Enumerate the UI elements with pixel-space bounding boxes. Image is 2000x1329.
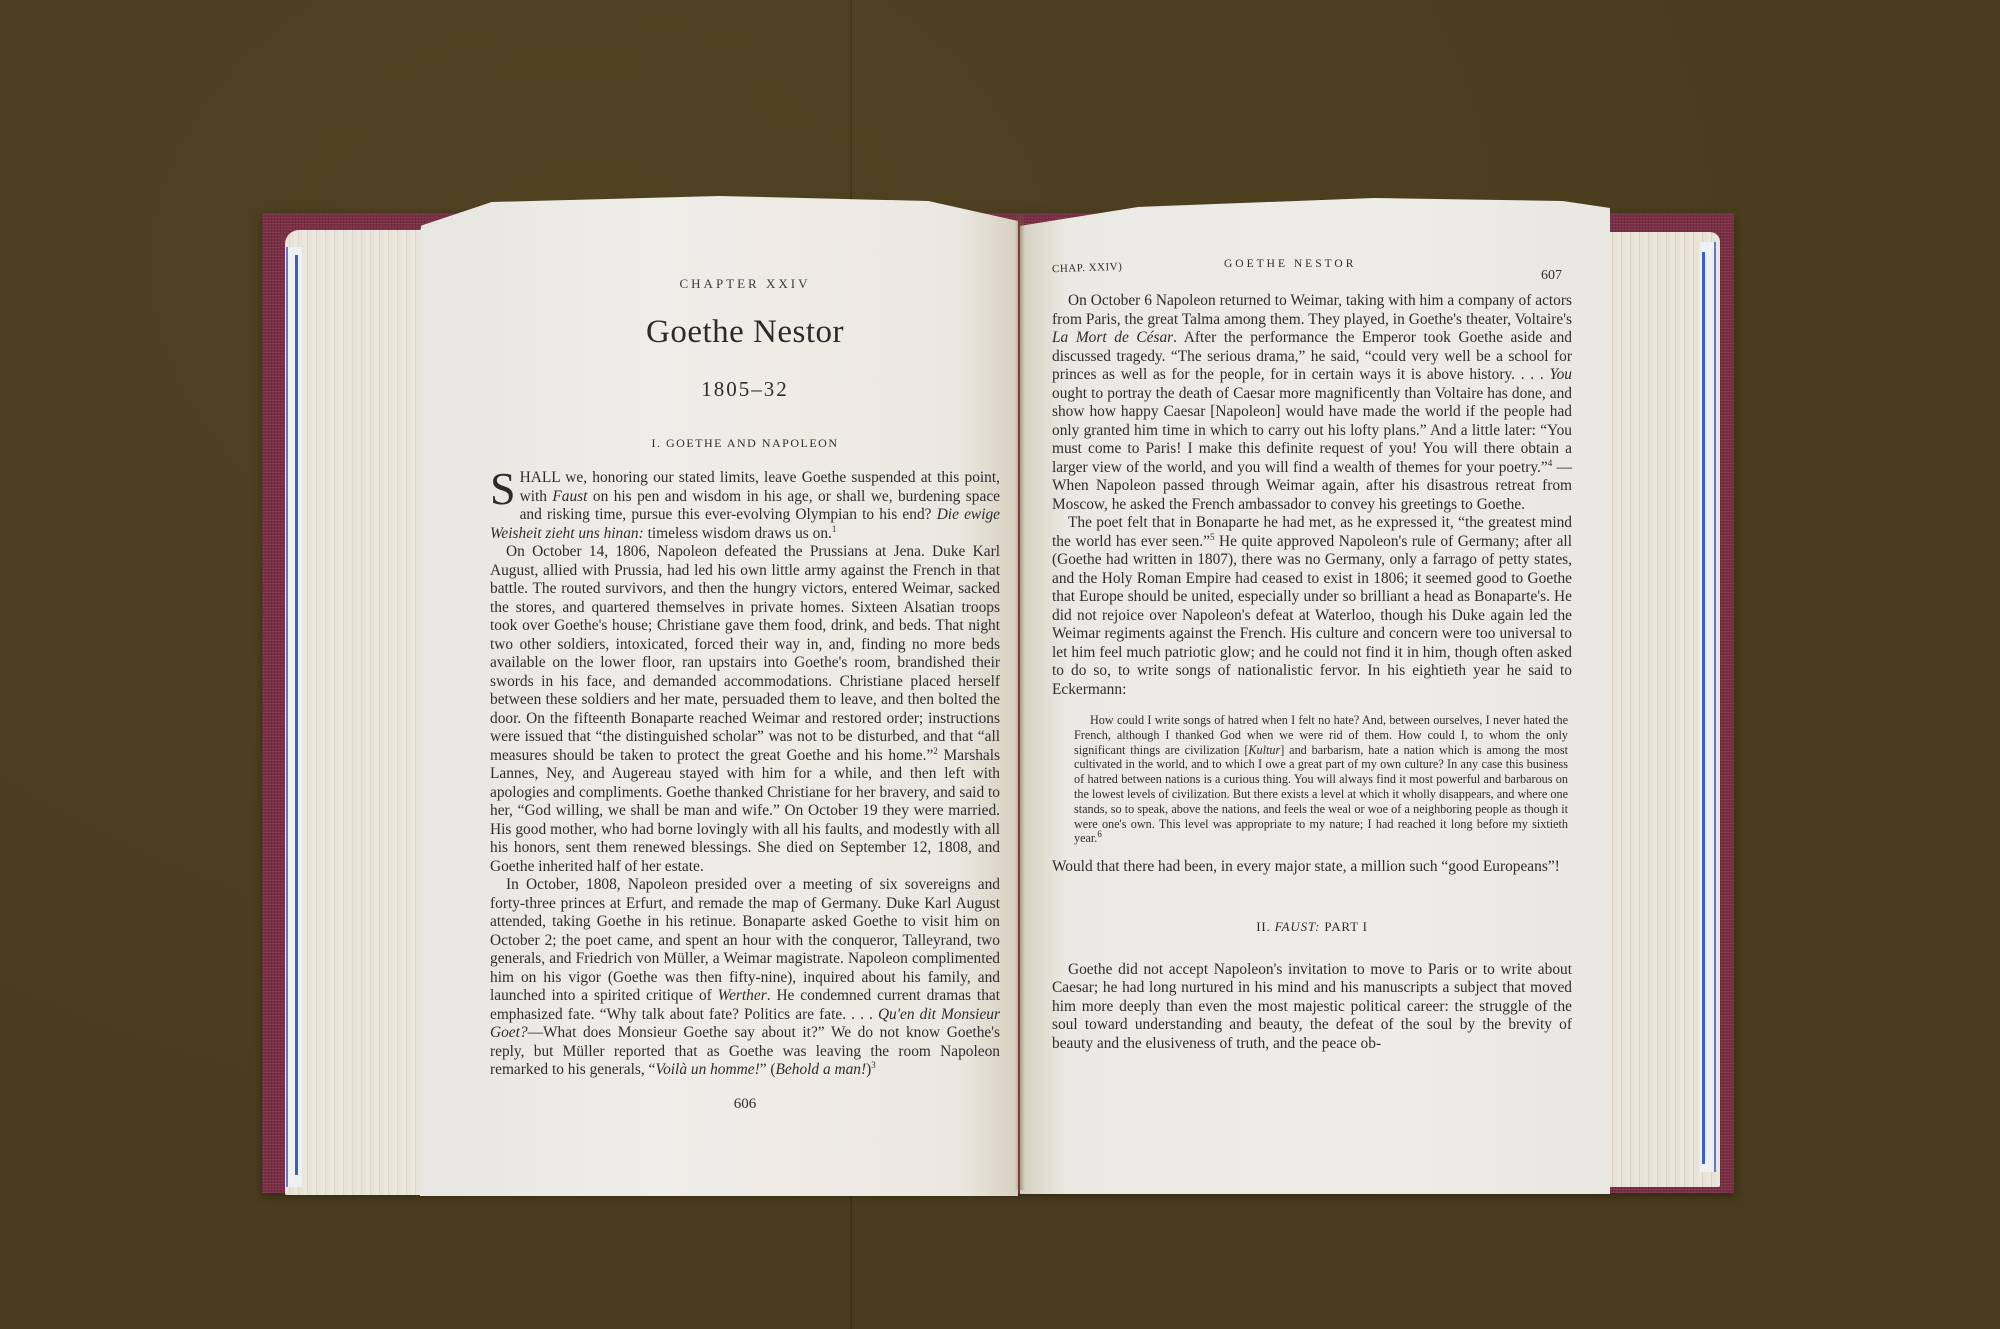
final-paragraph: Goethe did not accept Napoleon's invitat… [1052,961,1572,1054]
right-page-content: CHAP. XXIV) GOETHE NESTOR 607 On October… [1052,258,1572,1053]
chapter-title: Goethe Nestor [490,314,1000,351]
running-head-chapter: CHAP. XXIV) [1052,261,1123,275]
section-heading: I. GOETHE AND NAPOLEON [490,436,1000,451]
paragraph: The poet felt that in Bonaparte he had m… [1052,514,1572,699]
endpaper-right [1700,242,1716,1172]
paragraph: In October, 1808, Napoleon presided over… [490,876,1000,1080]
right-page: CHAP. XXIV) GOETHE NESTOR 607 On October… [1020,198,1610,1194]
footnote-ref: 6 [1097,829,1102,839]
right-body-text: On October 6 Napoleon returned to Weimar… [1052,292,1572,699]
left-body-text: SHALL we, honoring our stated limits, le… [490,469,1000,1080]
paragraph: On October 14, 1806, Napoleon defeated t… [490,543,1000,876]
after-quote-text: Would that there had been, in every majo… [1052,858,1572,877]
paragraph: On October 6 Napoleon returned to Weimar… [1052,292,1572,514]
left-page: CHAPTER XXIV Goethe Nestor 1805–32 I. GO… [420,196,1018,1196]
page-number: 607 [1541,268,1562,284]
block-quote: How could I write songs of hatred when I… [1074,713,1568,846]
book-gutter [1015,215,1025,1190]
paragraph: SHALL we, honoring our stated limits, le… [490,469,1000,543]
left-page-content: CHAPTER XXIV Goethe Nestor 1805–32 I. GO… [490,276,1000,1113]
drop-cap: S [490,471,520,507]
section-heading: II. FAUST: PART I [1052,919,1572,935]
running-head: CHAP. XXIV) GOETHE NESTOR 607 [1052,258,1572,284]
endpaper-left [286,247,302,1187]
page-number: 606 [490,1096,1000,1113]
chapter-dates: 1805–32 [490,377,1000,402]
chapter-label: CHAPTER XXIV [490,276,1000,292]
running-head-title: GOETHE NESTOR [1224,258,1356,270]
footnote-ref: 3 [871,1060,876,1070]
footnote-ref: 1 [832,523,837,533]
